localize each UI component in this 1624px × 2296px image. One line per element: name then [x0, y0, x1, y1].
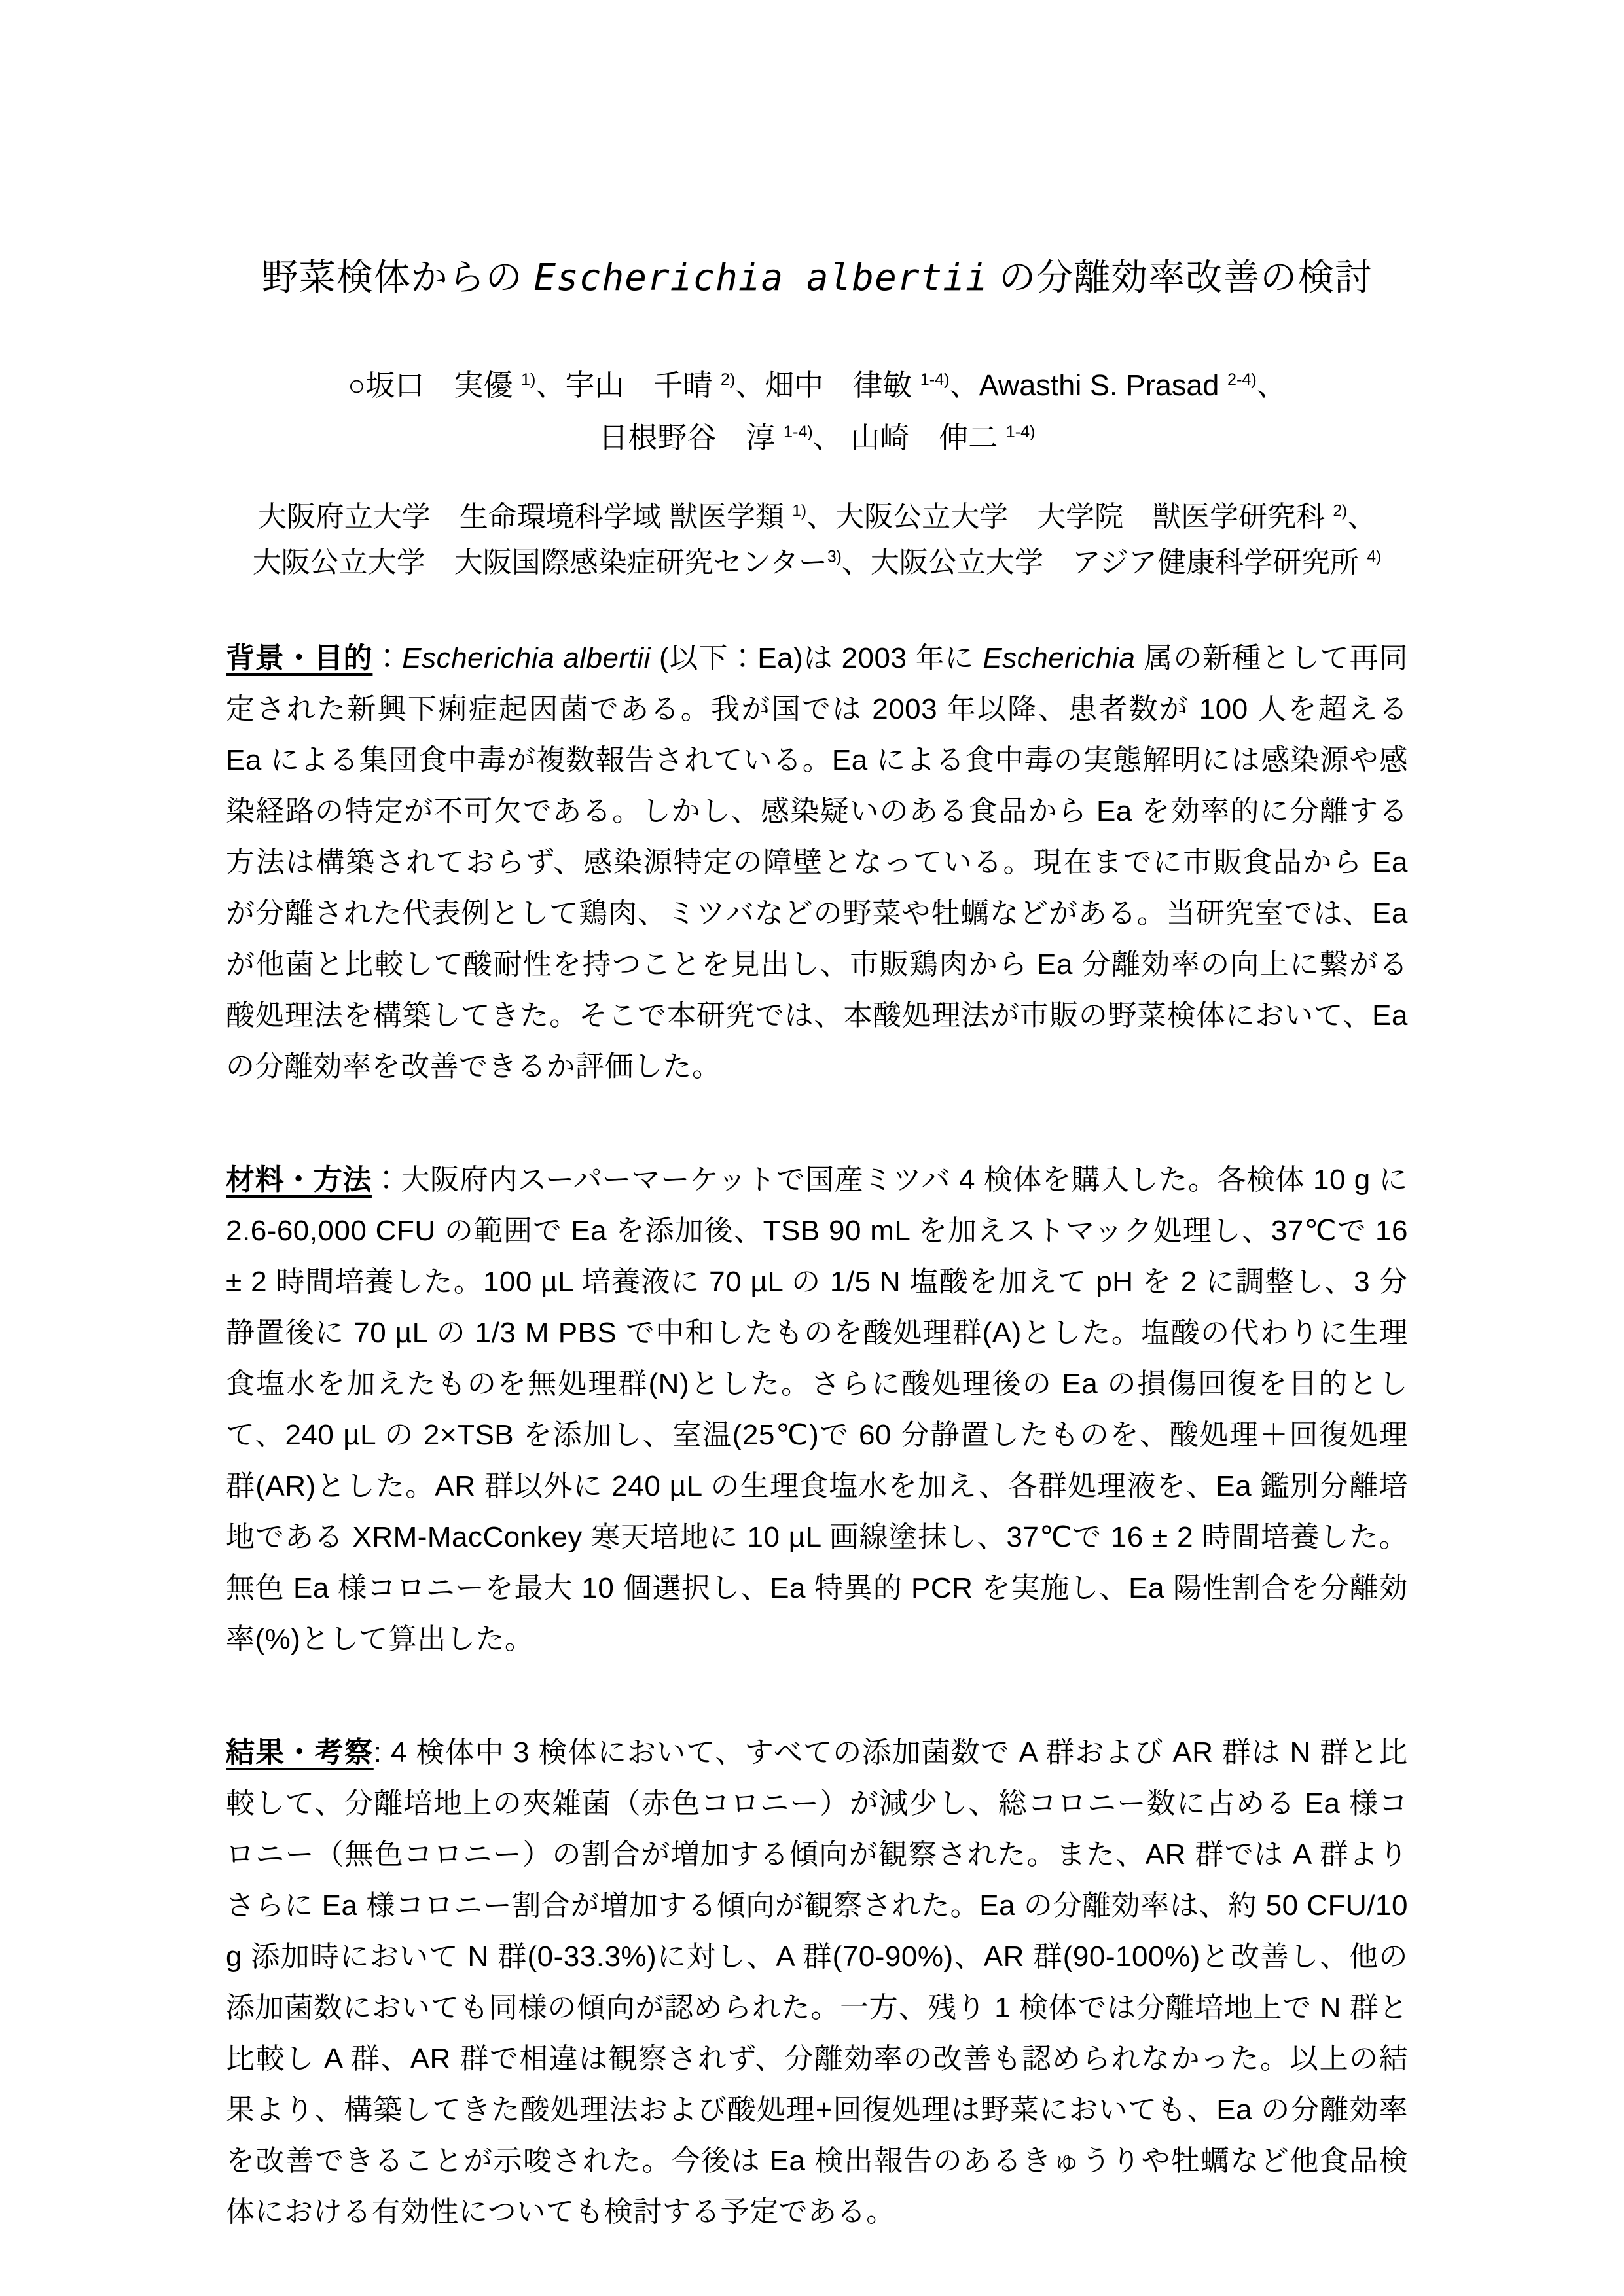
author-list-line-2: 日根野谷 淳 1-4)、 山崎 伸二 1-4) — [226, 412, 1408, 464]
author-list: ○坂口 実優 1)、宇山 千晴 2)、畑中 律敏 1-4)、Awasthi S.… — [226, 359, 1408, 464]
paper-title: 野菜検体からの Escherichia albertii の分離効率改善の検討 — [226, 254, 1408, 302]
section-materials-methods: 材料・方法：大阪府内スーパーマーケットで国産ミツバ 4 検体を購入した。各検体 … — [226, 1155, 1408, 1665]
section-results-discussion: 結果・考察: 4 検体中 3 検体において、すべての添加菌数で A 群および A… — [226, 1727, 1408, 2238]
affiliation-list: 大阪府立大学 生命環境科学域 獣医学類 1)、大阪公立大学 大学院 獣医学研究科… — [226, 494, 1408, 586]
affiliation-line-1: 大阪府立大学 生命環境科学域 獣医学類 1)、大阪公立大学 大学院 獣医学研究科… — [226, 494, 1408, 540]
author-list-line-1: ○坂口 実優 1)、宇山 千晴 2)、畑中 律敏 1-4)、Awasthi S.… — [226, 359, 1408, 412]
affiliation-line-2: 大阪公立大学 大阪国際感染症研究センター3)、大阪公立大学 アジア健康科学研究所… — [226, 540, 1408, 586]
abstract-page: 野菜検体からの Escherichia albertii の分離効率改善の検討 … — [0, 0, 1624, 2296]
section-background-purpose: 背景・目的：Escherichia albertii (以下：Ea)は 2003… — [226, 633, 1408, 1092]
